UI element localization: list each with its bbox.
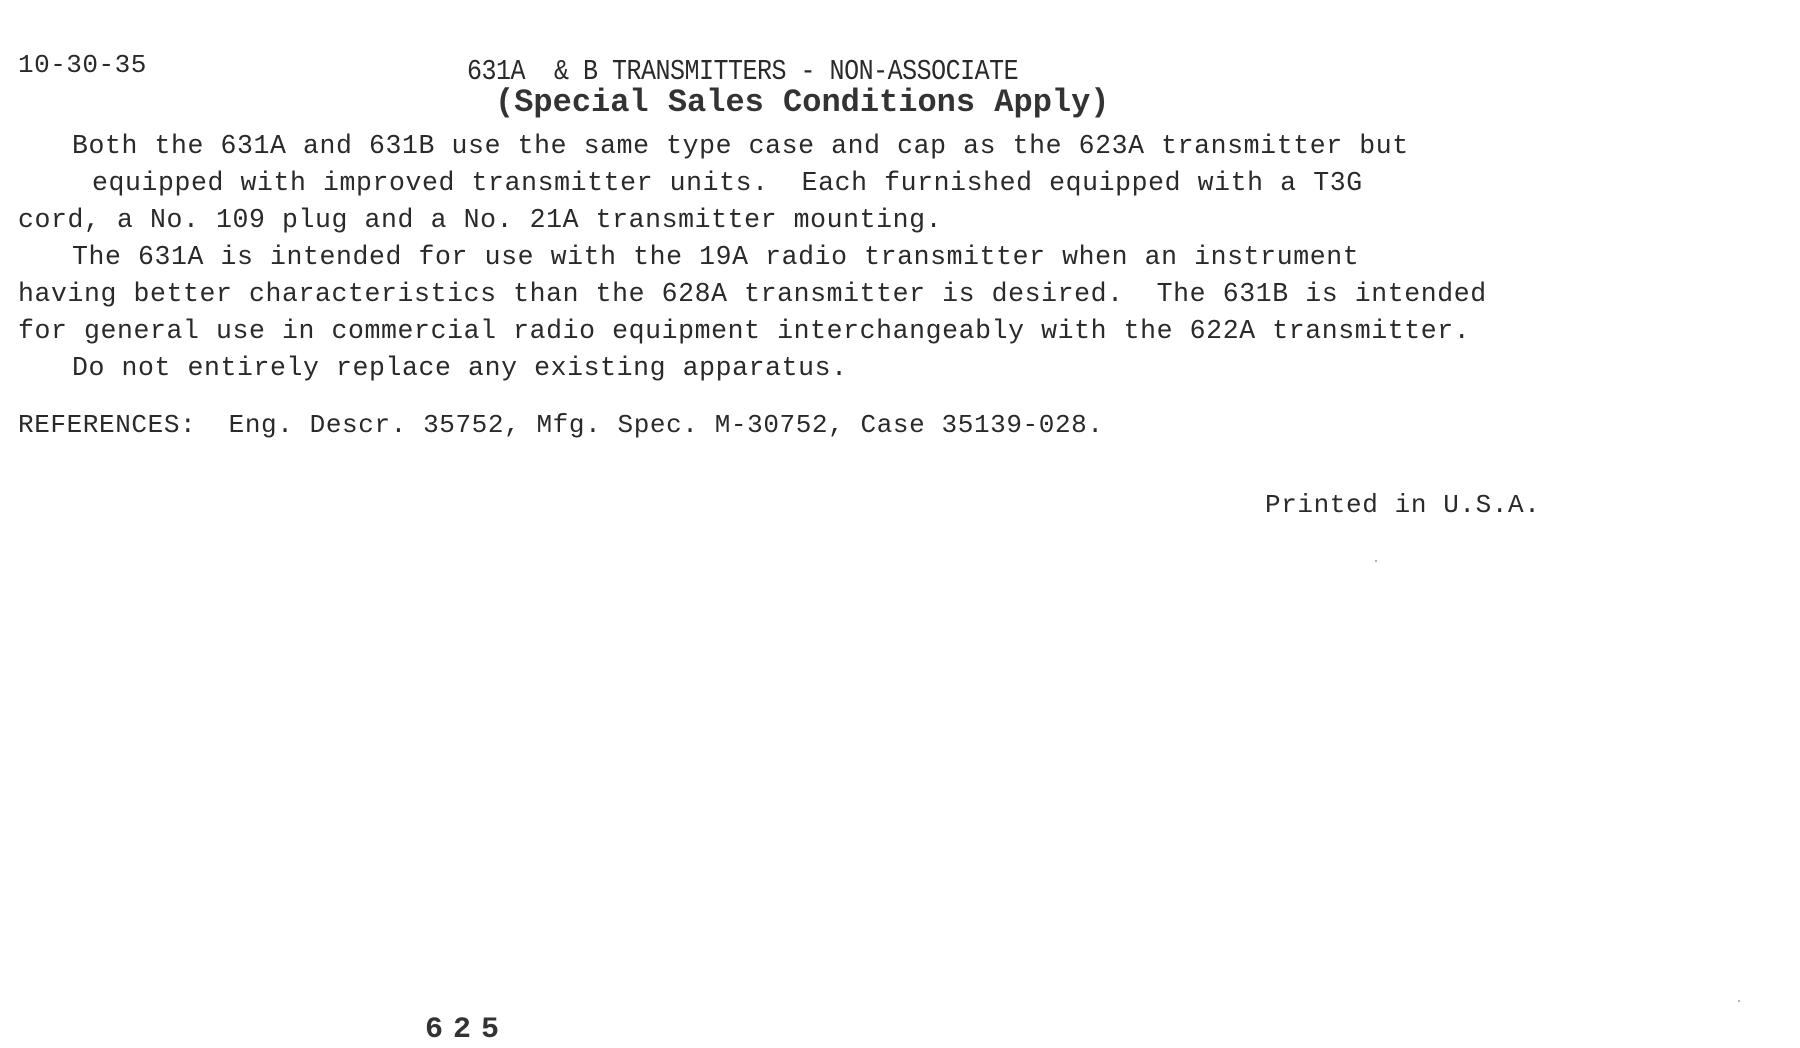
paper-speck [1375,560,1377,562]
paper-speck [1180,150,1182,152]
body-line: having better characteristics than the 6… [18,279,1487,309]
paper-speck [1738,1000,1740,1002]
document-subtitle: (Special Sales Conditions Apply) [495,84,1110,121]
body-line: equipped with improved transmitter units… [92,168,1363,198]
page-number: 625 [425,1013,509,1047]
printed-in-usa: Printed in U.S.A. [1265,490,1540,520]
body-line: The 631A is intended for use with the 19… [72,242,1359,272]
body-line: cord, a No. 109 plug and a No. 21A trans… [18,205,942,235]
body-line: for general use in commercial radio equi… [18,316,1470,346]
references-line: REFERENCES: Eng. Descr. 35752, Mfg. Spec… [18,410,1104,440]
body-line: Do not entirely replace any existing app… [72,353,848,383]
body-line: Both the 631A and 631B use the same type… [72,131,1409,161]
document-date: 10-30-35 [18,50,147,80]
